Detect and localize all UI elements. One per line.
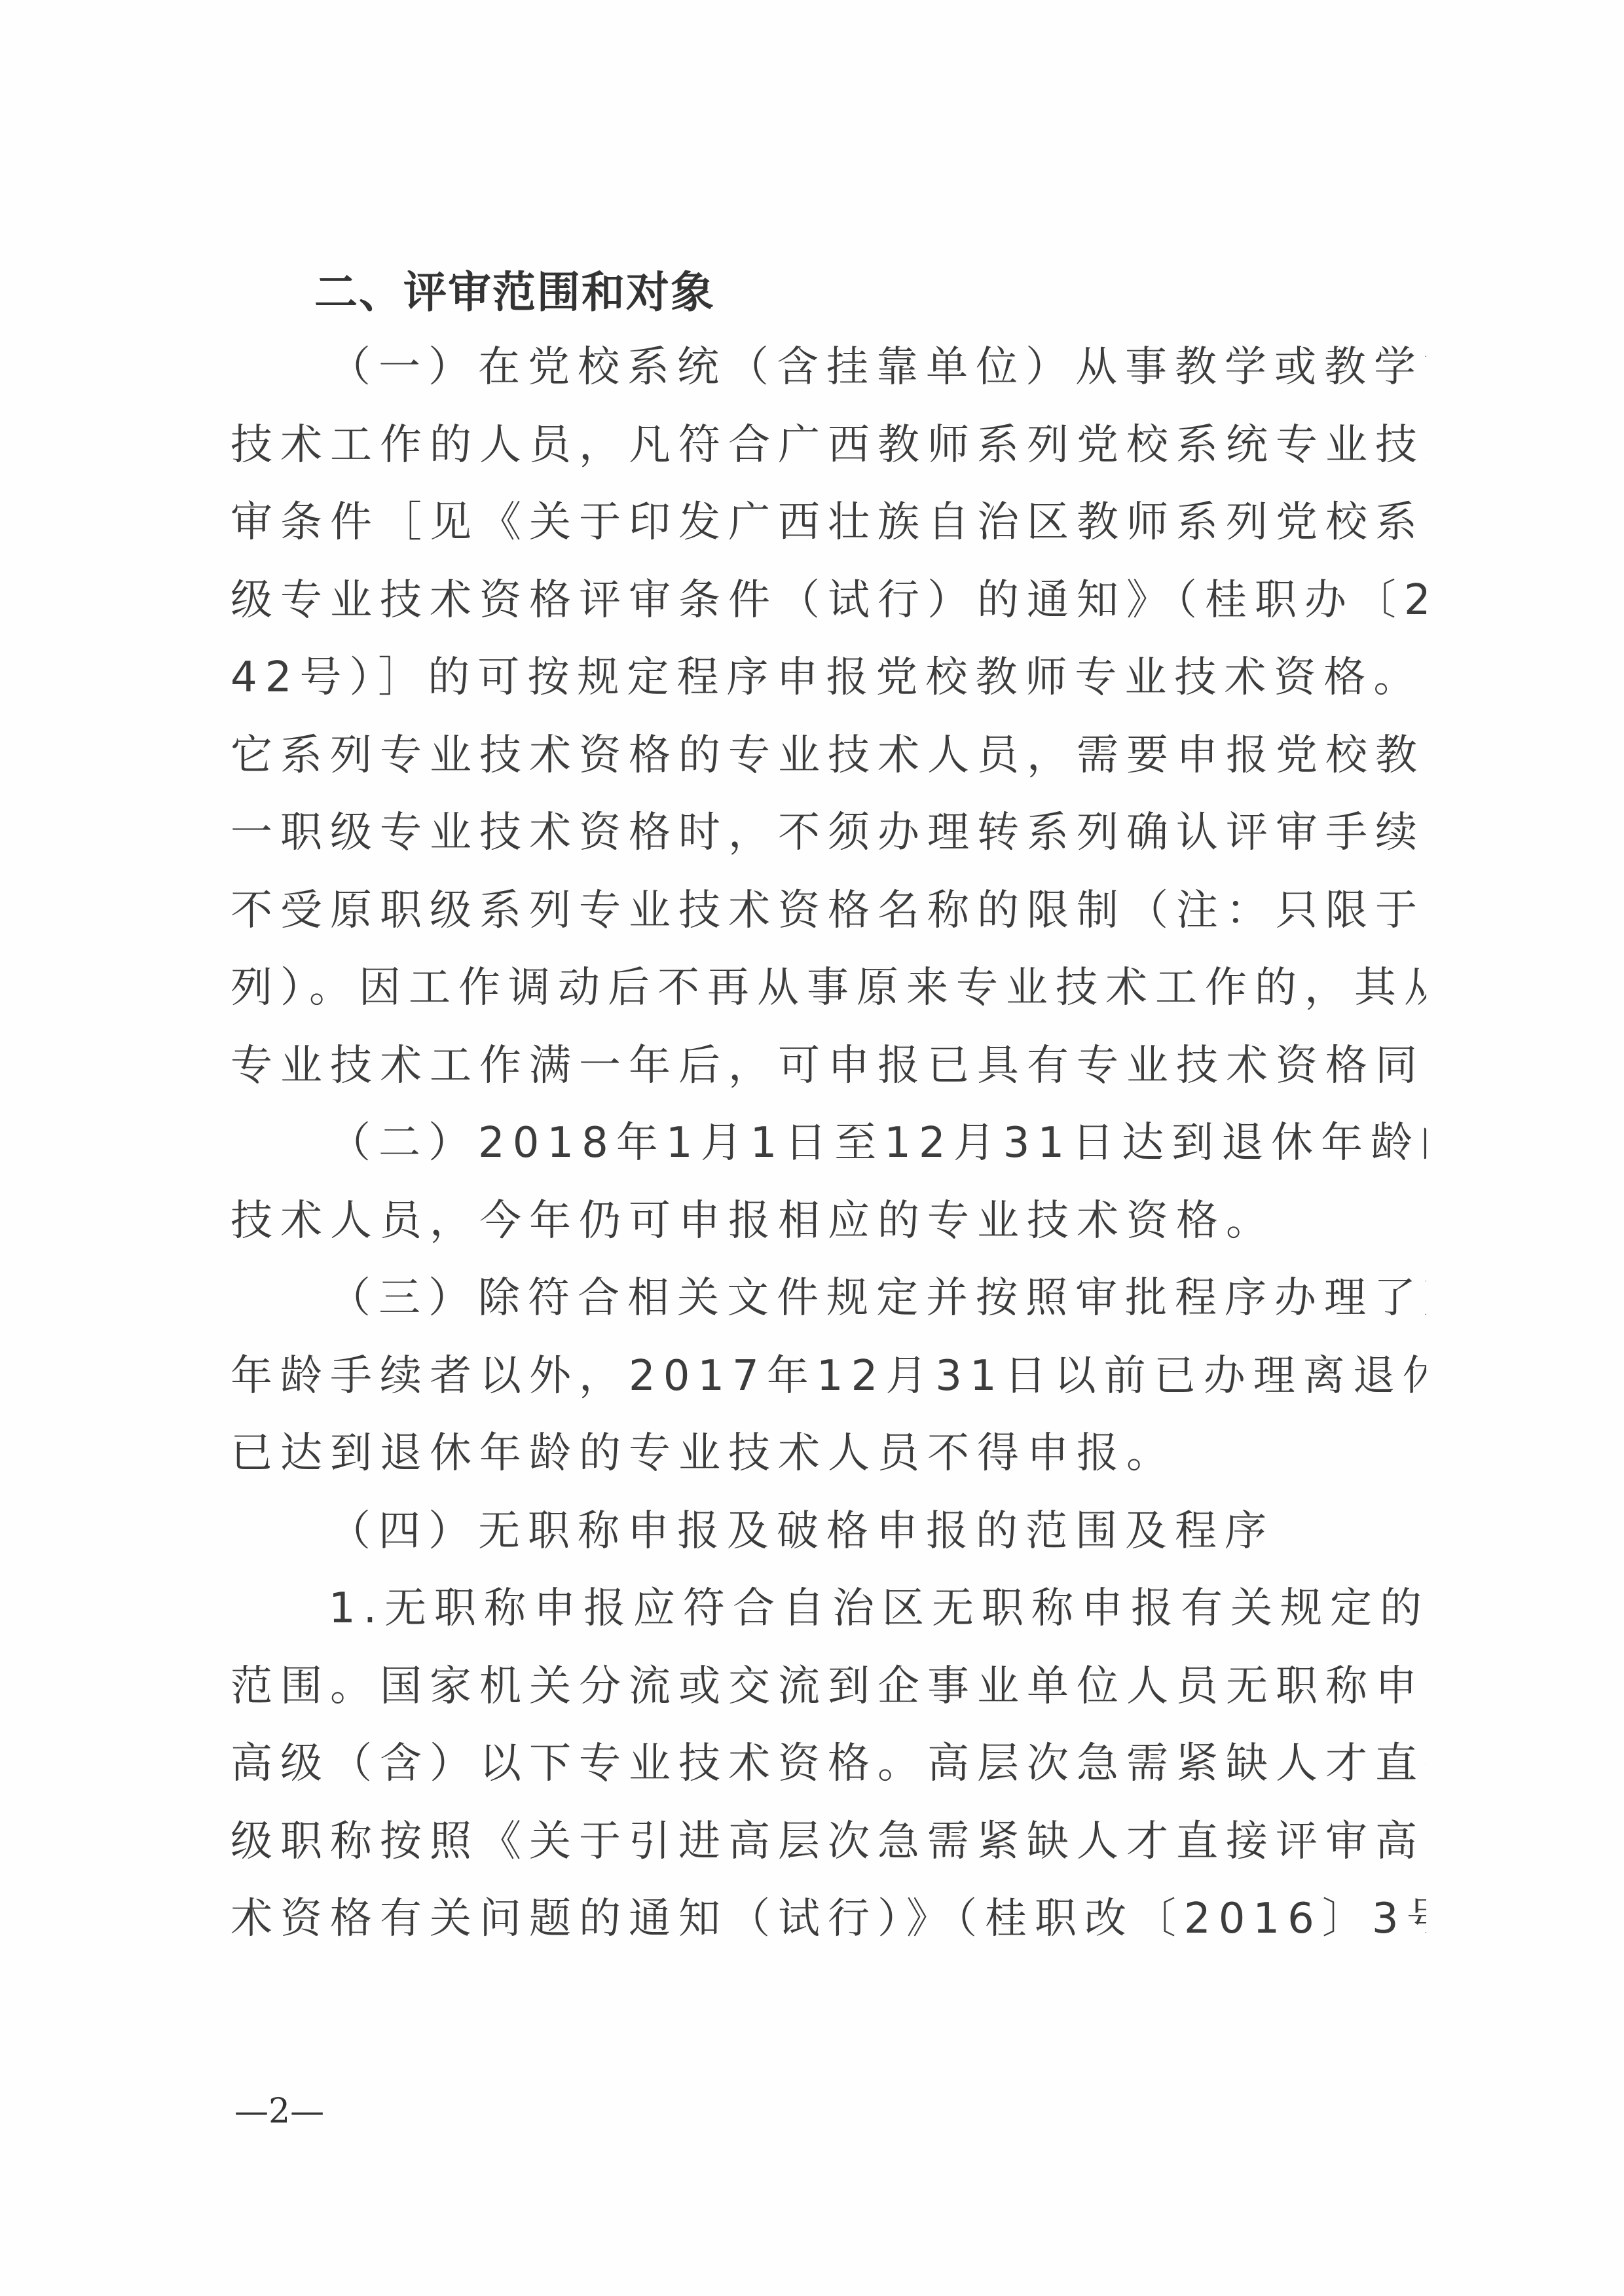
text-line: 不受原职级系列专业技术资格名称的限制（注：只限于29个系 xyxy=(231,872,1426,950)
text-line: 42号）］的可按规定程序申报党校教师专业技术资格。已取得其 xyxy=(231,639,1426,717)
text-line: 专业技术工作满一年后，可申报已具有专业技术资格同一职级职称。 xyxy=(231,1027,1426,1105)
page-number: —2— xyxy=(234,2092,324,2131)
paragraph-item-1: （一）在党校系统（含挂靠单位）从事教学或教学管理专业 技术工作的人员，凡符合广西… xyxy=(231,329,1426,1104)
text-line: 1.无职称申报应符合自治区无职称申报有关规定的条件和 xyxy=(231,1570,1426,1648)
text-line: 它系列专业技术资格的专业技术人员，需要申报党校教师系列高 xyxy=(231,717,1426,795)
text-line: 已达到退休年龄的专业技术人员不得申报。 xyxy=(231,1415,1426,1493)
text-line: 高级（含）以下专业技术资格。高层次急需紧缺人才直接评审高 xyxy=(231,1725,1426,1803)
text-line: 级职称按照《关于引进高层次急需紧缺人才直接评审高级专业技 xyxy=(231,1803,1426,1881)
paragraph-item-4: （四）无职称申报及破格申报的范围及程序 xyxy=(231,1493,1426,1571)
text-line: 一职级专业技术资格时，不须办理转系列确认评审手续，评审时 xyxy=(231,794,1426,872)
text-line: 年龄手续者以外，2017年12月31日以前已办理离退休手续或 xyxy=(231,1338,1426,1415)
text-line: 级专业技术资格评审条件（试行）的通知》（桂职办〔2017〕号 xyxy=(231,562,1426,640)
subheading-line: （四）无职称申报及破格申报的范围及程序 xyxy=(231,1493,1426,1571)
text-line: 术资格有关问题的通知（试行）》（桂职改〔2016〕3号）实施。 xyxy=(231,1880,1426,1958)
document-body: 二、评审范围和对象 （一）在党校系统（含挂靠单位）从事教学或教学管理专业 技术工… xyxy=(231,257,1426,1958)
document-page: 二、评审范围和对象 （一）在党校系统（含挂靠单位）从事教学或教学管理专业 技术工… xyxy=(0,0,1624,2296)
text-line: （一）在党校系统（含挂靠单位）从事教学或教学管理专业 xyxy=(231,329,1426,407)
text-line: 技术人员，今年仍可申报相应的专业技术资格。 xyxy=(231,1182,1426,1260)
text-line: 列）。因工作调动后不再从事原来专业技术工作的，其从事新的 xyxy=(231,949,1426,1027)
paragraph-item-2: （二）2018年1月1日至12月31日达到退休年龄的专业 技术人员，今年仍可申报… xyxy=(231,1104,1426,1260)
text-line: （三）除符合相关文件规定并按照审批程序办理了延长退休 xyxy=(231,1260,1426,1338)
text-line: 技术工作的人员，凡符合广西教师系列党校系统专业技术资格评 xyxy=(231,407,1426,484)
paragraph-item-3: （三）除符合相关文件规定并按照审批程序办理了延长退休 年龄手续者以外，2017年… xyxy=(231,1260,1426,1493)
section-heading: 二、评审范围和对象 xyxy=(231,257,1426,329)
text-line: 范围。国家机关分流或交流到企事业单位人员无职称申报限于副 xyxy=(231,1648,1426,1726)
paragraph-item-4-1: 1.无职称申报应符合自治区无职称申报有关规定的条件和 范围。国家机关分流或交流到… xyxy=(231,1570,1426,1958)
text-line: （二）2018年1月1日至12月31日达到退休年龄的专业 xyxy=(231,1104,1426,1182)
text-line: 审条件［见《关于印发广西壮族自治区教师系列党校系统高、中 xyxy=(231,484,1426,562)
